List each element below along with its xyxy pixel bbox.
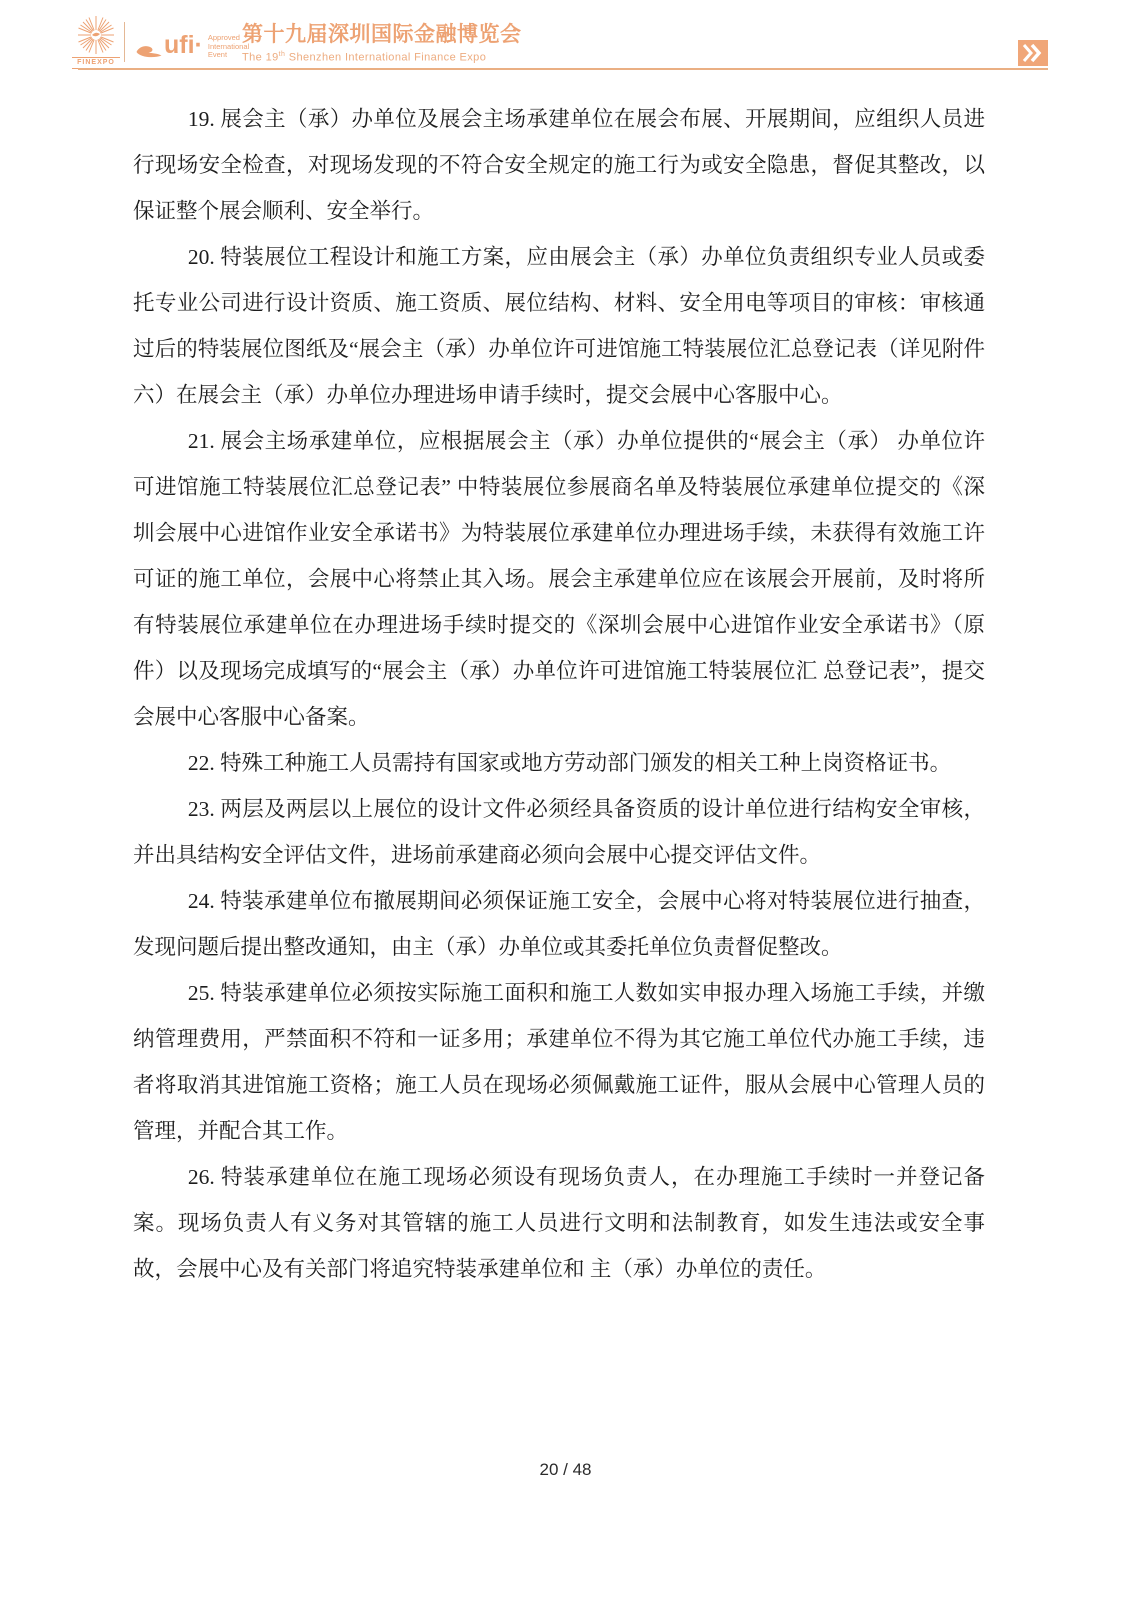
paragraph-24: 24. 特装承建单位布撤展期间必须保证施工安全，会展中心将对特装展位进行抽查，发… <box>133 878 985 970</box>
paragraph-21: 21. 展会主场承建单位，应根据展会主（承）办单位提供的“展会主（承） 办单位许… <box>133 418 985 740</box>
page-footer: 20 / 48 <box>0 1460 1131 1480</box>
ufi-logo: ufi· Approved International Event <box>136 30 249 60</box>
paragraph-23: 23. 两层及两层以上展位的设计文件必须经具备资质的设计单位进行结构安全审核，并… <box>133 786 985 878</box>
expo-title-en-suffix: Shenzhen International Finance Expo <box>285 52 486 64</box>
expo-title-en: The 19th Shenzhen International Finance … <box>242 48 802 65</box>
ufi-wordmark: ufi· <box>164 31 203 59</box>
page-header: FINEXPO ufi· Approved International Even… <box>0 0 1131 72</box>
ufi-swoosh-icon <box>136 31 162 59</box>
paragraph-26: 26. 特装承建单位在施工现场必须设有现场负责人，在办理施工手续时一并登记备案。… <box>133 1154 985 1292</box>
paragraph-19: 19. 展会主（承）办单位及展会主场承建单位在展会布展、开展期间，应组织人员进行… <box>133 96 985 234</box>
document-body: 19. 展会主（承）办单位及展会主场承建单位在展会布展、开展期间，应组织人员进行… <box>133 96 985 1292</box>
expo-title-en-prefix: The 19 <box>242 52 279 64</box>
header-rule <box>78 68 1048 70</box>
expo-title: 第十九届深圳国际金融博览会 The 19th Shenzhen Internat… <box>242 23 802 65</box>
paragraph-20: 20. 特装展位工程设计和施工方案，应由展会主（承）办单位负责组织专业人员或委托… <box>133 234 985 418</box>
page-number: 20 / 48 <box>540 1460 592 1479</box>
paragraph-22: 22. 特殊工种施工人员需持有国家或地方劳动部门颁发的相关工种上岗资格证书。 <box>133 740 985 786</box>
paragraph-25: 25. 特装承建单位必须按实际施工面积和施工人数如实申报办理入场施工手续，并缴纳… <box>133 970 985 1154</box>
document-page: FINEXPO ufi· Approved International Even… <box>0 0 1131 1600</box>
header-divider <box>124 22 125 62</box>
finexpo-logo: FINEXPO <box>72 14 120 69</box>
expo-title-cn: 第十九届深圳国际金融博览会 <box>242 23 802 47</box>
sunburst-icon <box>72 14 120 56</box>
double-chevron-icon <box>1018 40 1048 66</box>
